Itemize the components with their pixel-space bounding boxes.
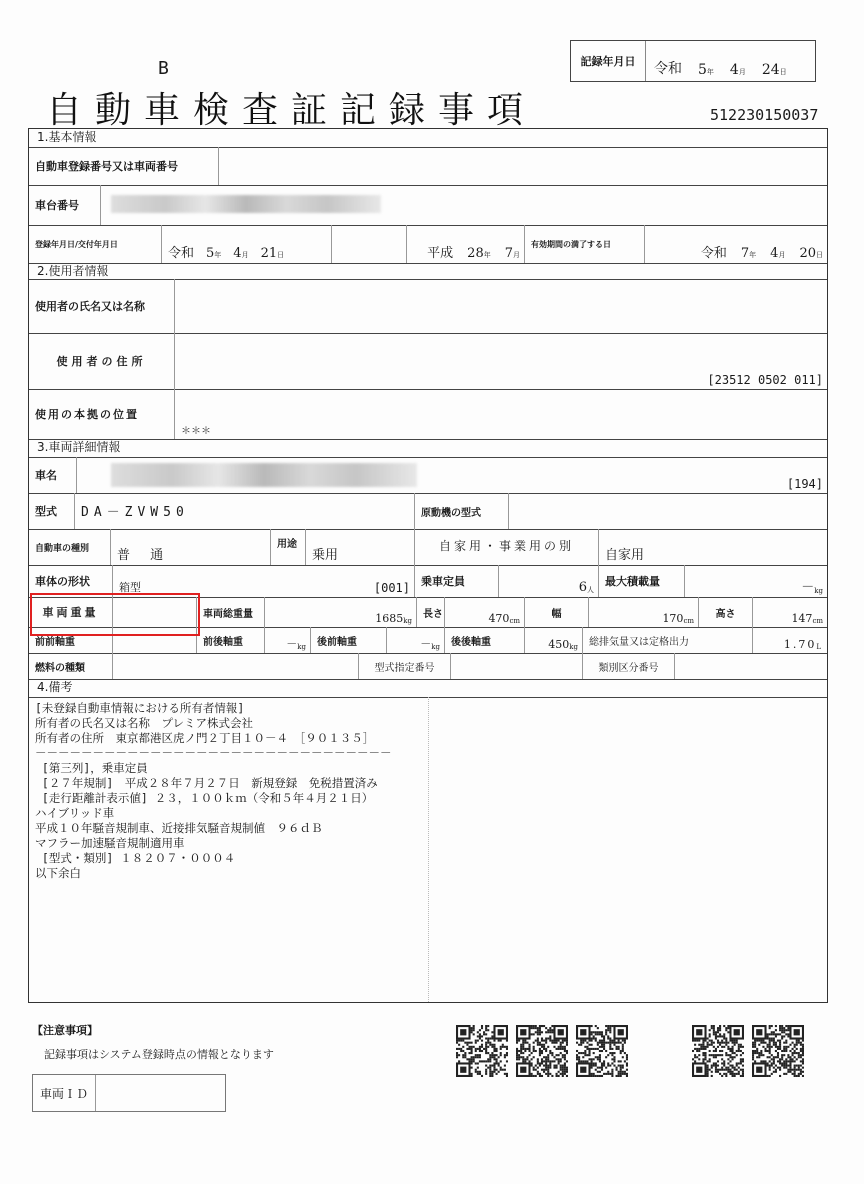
qr-code-icon: [516, 1025, 568, 1077]
kind-row: 自動車の種別 普 通 用途 乗用 自家用・事業用の別 自家用: [29, 529, 827, 566]
remarks-area: [未登録自動車情報における所有者情報] 所有者の氏名又は名称 プレミア株式会社 …: [29, 697, 827, 1002]
engine-model-value: [509, 493, 827, 529]
notes-text: 記録事項はシステム登録時点の情報となります: [44, 1046, 274, 1062]
vehicle-id-box: 車両ＩＤ: [32, 1074, 226, 1112]
expiry-value: 令和 7年 4月 20日: [645, 225, 827, 263]
gross-weight-value: 1685kg: [265, 597, 417, 627]
fuel-value: [113, 653, 359, 679]
width-label: 幅: [525, 597, 589, 627]
fuel-row: 燃料の種類 型式指定番号 類別区分番号: [29, 653, 827, 680]
type-designation-label: 型式指定番号: [359, 653, 451, 679]
section4-heading: 4.備考: [29, 679, 827, 698]
location-value: ＊＊＊: [175, 389, 827, 439]
front-rear-axle-value: －kg: [265, 627, 311, 653]
body-code: [001]: [374, 581, 410, 595]
vehicle-id-value: [96, 1075, 225, 1111]
category-value: [675, 653, 827, 679]
category-label: 類別区分番号: [583, 653, 675, 679]
form-variant: B: [158, 58, 169, 79]
redacted-chassis: [111, 195, 381, 213]
reg-date-value: 令和 5年 4月 21日: [162, 225, 332, 263]
document-number: 512230150037: [710, 106, 818, 124]
qr-code-icon: [576, 1025, 628, 1077]
chassis-label: 車台番号: [29, 185, 101, 225]
qr-code-icon: [456, 1025, 508, 1077]
qr-code-icon: [692, 1025, 744, 1077]
car-name-label: 車名: [29, 457, 77, 493]
fuel-label: 燃料の種類: [29, 653, 113, 679]
redacted-car-name: [111, 463, 417, 487]
front-rear-axle-label: 前後軸重: [197, 627, 265, 653]
capacity-value: 6人: [499, 565, 599, 597]
displacement-label: 総排気量又は定格出力: [583, 627, 753, 653]
user-name-row: 使用者の氏名又は名称: [29, 279, 827, 334]
max-load-label: 最大積載量: [599, 565, 685, 597]
chassis-value: [101, 185, 827, 225]
gross-weight-label: 車両総重量: [197, 597, 265, 627]
location-label: 使用の本拠の位置: [29, 389, 175, 439]
location-row: 使用の本拠の位置 ＊＊＊: [29, 389, 827, 440]
use-value: 乗用: [306, 529, 415, 565]
highlight-box-vehicle-weight: [30, 593, 200, 636]
private-value: 自家用: [599, 529, 827, 565]
model-row: 型式 DA－ZVW50 原動機の型式: [29, 493, 827, 530]
width-value: 170cm: [589, 597, 699, 627]
model-label: 型式: [29, 493, 75, 529]
car-name-value: [194]: [77, 457, 827, 493]
expiry-label: 有効期間の満了する日: [525, 225, 645, 263]
section2-heading: 2.使用者情報: [29, 263, 827, 280]
kind-label: 自動車の種別: [29, 529, 111, 565]
section3-heading: 3.車両詳細情報: [29, 439, 827, 458]
car-name-code: [194]: [781, 457, 827, 493]
rear-rear-axle-label: 後後軸重: [445, 627, 525, 653]
private-label: 自家用・事業用の別: [415, 529, 599, 565]
record-date-label: 記録年月日: [571, 41, 646, 81]
qr-group-left: [456, 1025, 628, 1077]
capacity-label: 乗車定員: [415, 565, 499, 597]
record-date-value: 令和 5年 4月 24日: [646, 41, 815, 81]
length-value: 470cm: [445, 597, 525, 627]
registration-row: 自動車登録番号又は車両番号: [29, 147, 827, 186]
user-name-label: 使用者の氏名又は名称: [29, 279, 175, 333]
document-title: 自動車検査証記録事項: [46, 82, 536, 133]
height-value: 147cm: [753, 597, 827, 627]
vehicle-id-label: 車両ＩＤ: [33, 1075, 96, 1111]
user-name-value: [175, 279, 827, 333]
chassis-row: 車台番号: [29, 185, 827, 226]
inspection-form: 1.基本情報 自動車登録番号又は車両番号 車台番号 登録年月日/交付年月日 令和…: [28, 128, 828, 1003]
displacement-value: 1.70L: [753, 627, 827, 653]
rear-front-axle-label: 後前軸重: [311, 627, 387, 653]
user-address-row: 使用者の住所 [23512 0502 011]: [29, 333, 827, 390]
qr-group-right: [692, 1025, 804, 1077]
remarks-text: [未登録自動車情報における所有者情報] 所有者の氏名又は名称 プレミア株式会社 …: [29, 697, 428, 885]
qr-code-icon: [752, 1025, 804, 1077]
rear-rear-axle-value: 450kg: [525, 627, 583, 653]
first-reg-value: 平成 28年 7月: [407, 225, 525, 263]
dates-row: 登録年月日/交付年月日 令和 5年 4月 21日 平成 28年 7月 有効期間の…: [29, 225, 827, 264]
reg-date-label: 登録年月日/交付年月日: [29, 225, 162, 263]
kind-value: 普 通: [111, 529, 271, 565]
registration-value: [219, 147, 827, 185]
use-label: 用途: [271, 529, 306, 565]
max-load-value: －kg: [685, 565, 827, 597]
notes-heading: 【注意事項】: [32, 1022, 98, 1038]
height-label: 高さ: [699, 597, 753, 627]
registration-label: 自動車登録番号又は車両番号: [29, 147, 219, 185]
car-name-row: 車名 [194]: [29, 457, 827, 494]
user-address-label: 使用者の住所: [29, 333, 175, 389]
record-date-box: 記録年月日 令和 5年 4月 24日: [570, 40, 816, 82]
rear-front-axle-value: －kg: [387, 627, 445, 653]
type-designation-value: [451, 653, 583, 679]
length-label: 長さ: [417, 597, 445, 627]
section1-heading: 1.基本情報: [29, 129, 827, 148]
user-address-code: [23512 0502 011]: [175, 333, 827, 389]
model-value: DA－ZVW50: [75, 493, 415, 529]
engine-model-label: 原動機の型式: [415, 493, 509, 529]
